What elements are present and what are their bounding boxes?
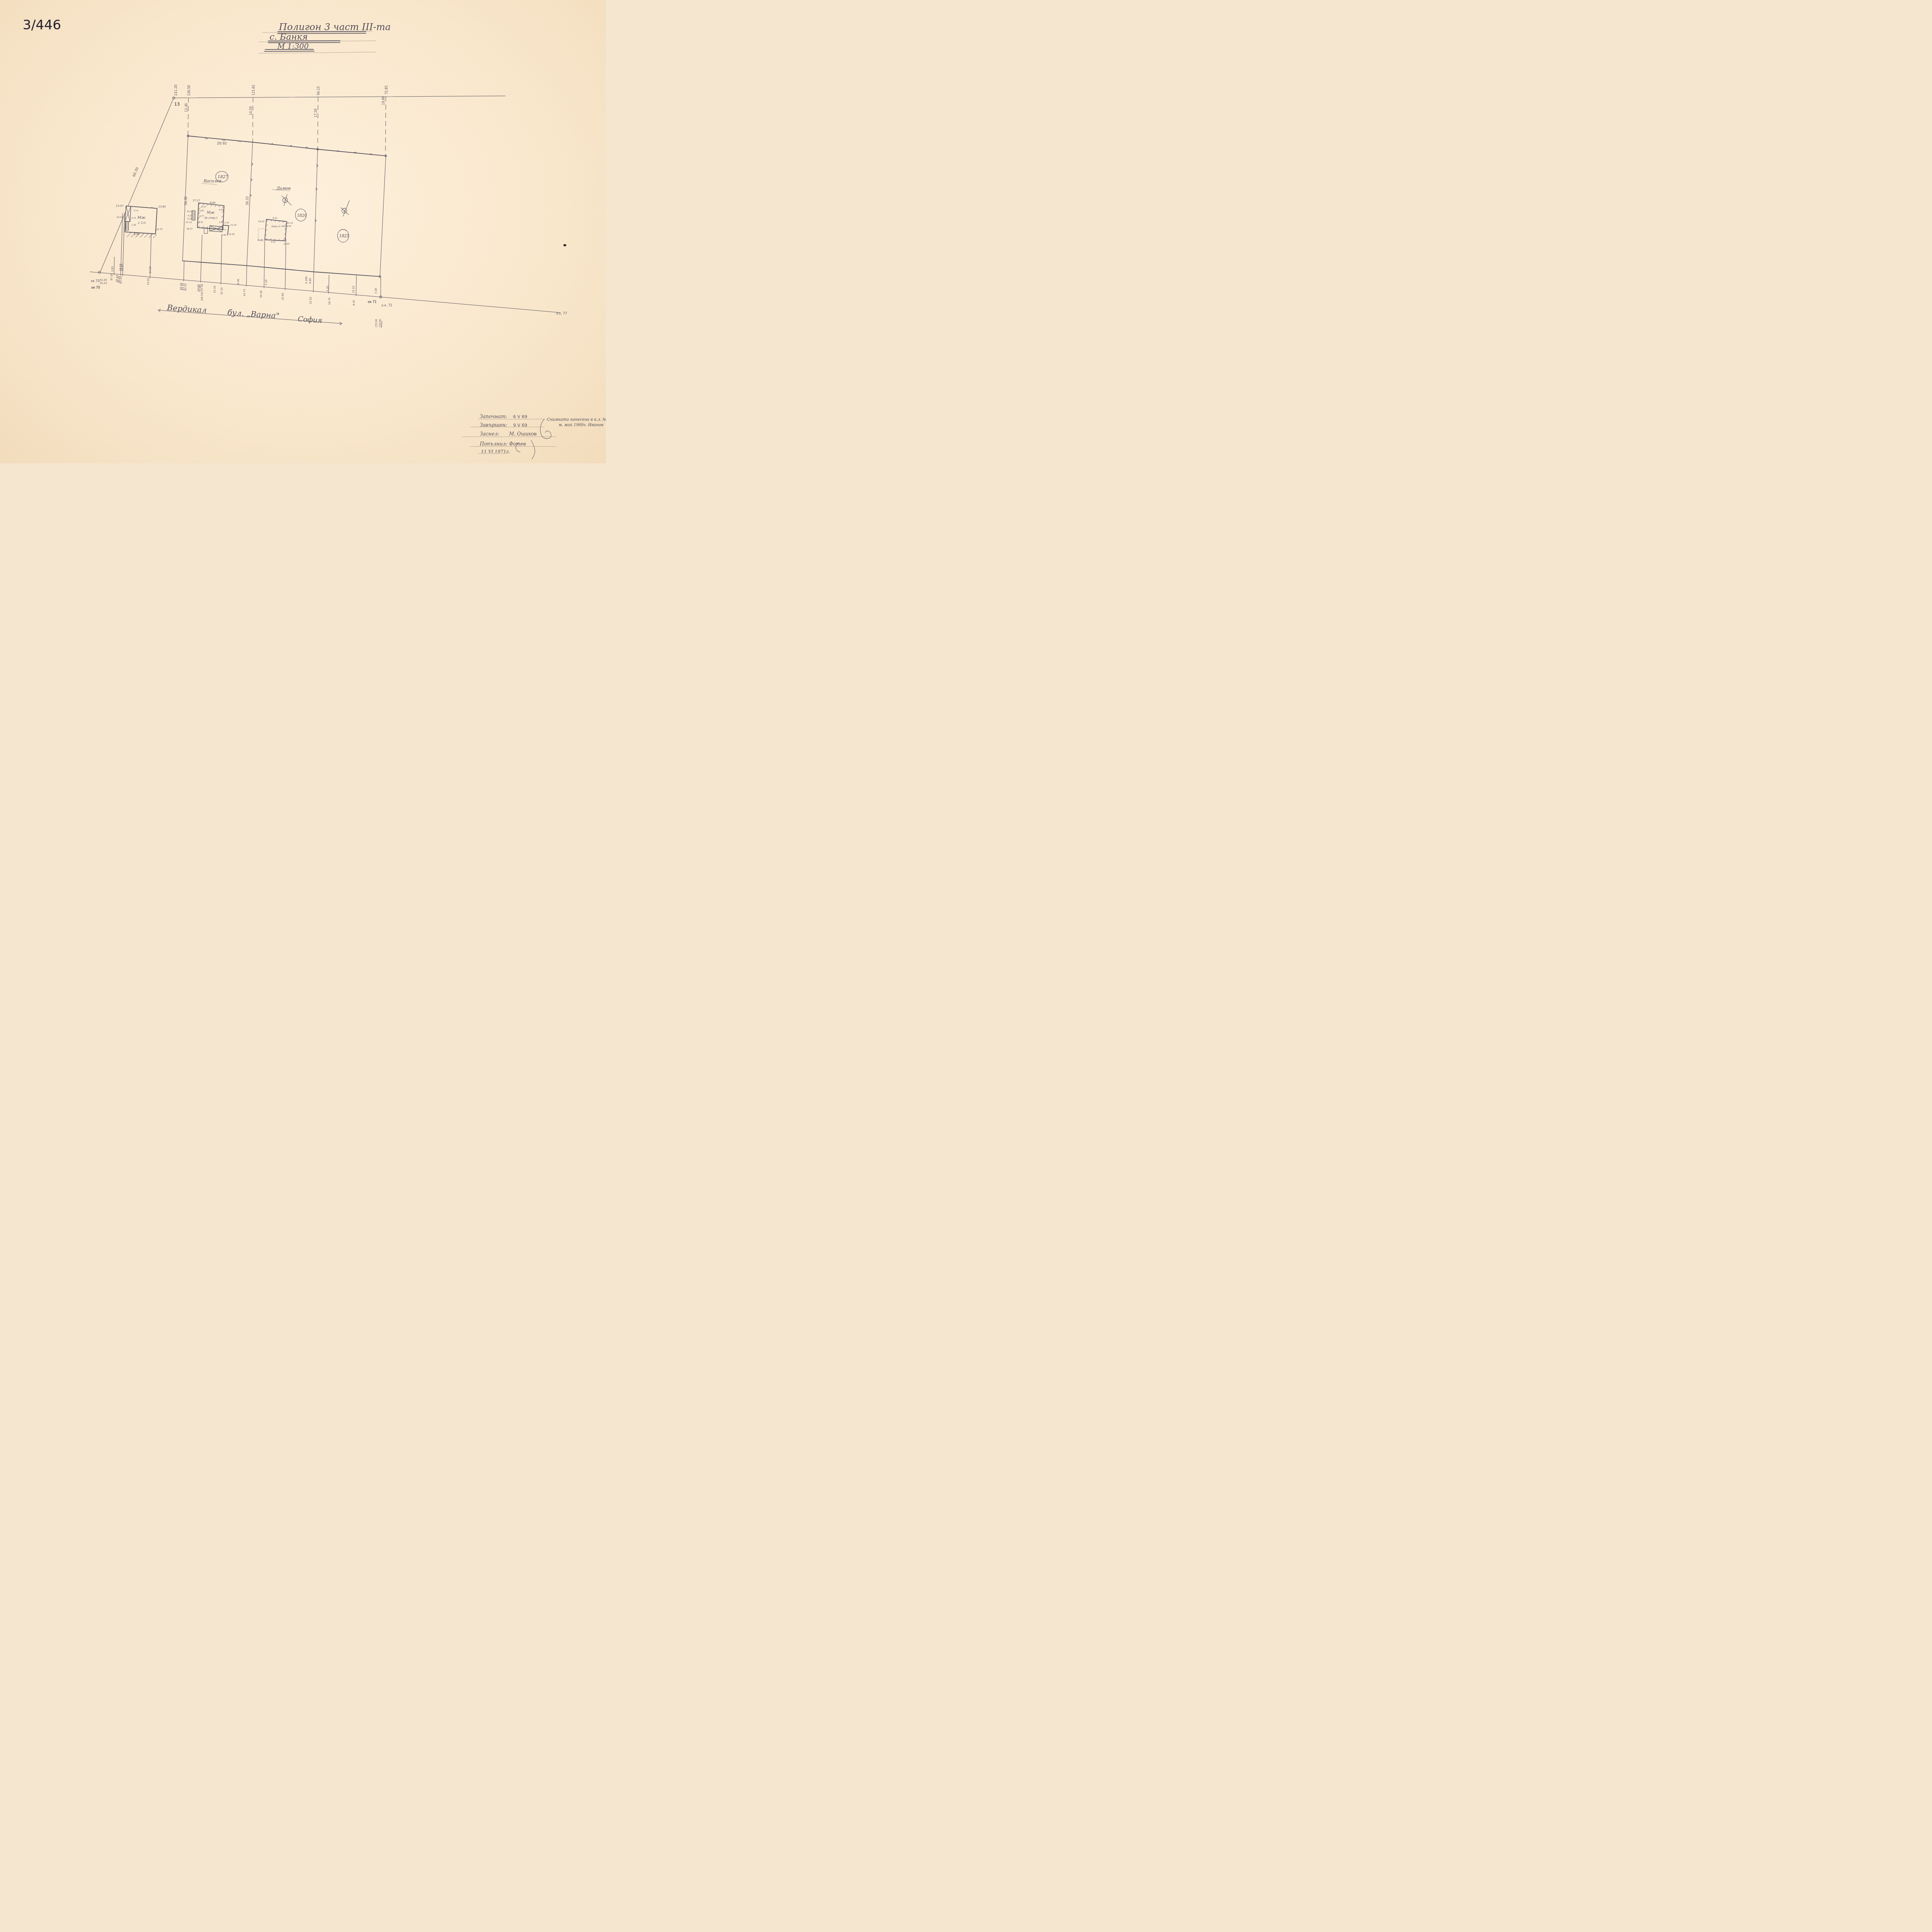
- building-center-dim-6: 6.51: [271, 241, 276, 243]
- building-left-dim-2: 7.14: [133, 210, 138, 212]
- svg-text:6.90: 6.90: [237, 279, 240, 284]
- building-middle-dim-4: 6.65: [199, 210, 204, 212]
- note-started-label: Започнат:: [480, 413, 507, 419]
- svg-text:16.70: 16.70: [328, 298, 331, 305]
- building-left-floors: 2 1/2: [138, 221, 146, 224]
- parcel-number-1826: 1826: [297, 214, 307, 218]
- offset-label-1: 14.50: [249, 106, 253, 115]
- building-middle-label: Мж: [206, 211, 215, 215]
- survey-sheet: 3/446 Полигон 3 част III-та с. Банкя М 1…: [0, 0, 606, 463]
- title-line1: Полигон 3 част III-та: [279, 21, 391, 32]
- ok70-label: ок 70: [91, 279, 100, 283]
- survey-point-ok70: [99, 271, 101, 274]
- note-finished-value: 9 V 69: [513, 422, 527, 428]
- building-center-dim-0: 6.51: [273, 217, 278, 219]
- svg-text:3.83: 3.83: [111, 266, 114, 272]
- building-middle-dim-10: 21.12: [185, 221, 192, 224]
- street-right-direction: София: [298, 315, 322, 325]
- street-baseline: [90, 272, 560, 313]
- building-middle-dim-12: 25.15: [187, 211, 193, 213]
- offset-line: [253, 97, 253, 142]
- svg-text:4.20: 4.20: [326, 286, 329, 291]
- title-line2: с. Банкя: [269, 32, 308, 42]
- parcel-number-1827: 1827: [218, 175, 228, 179]
- offset-line: [318, 97, 318, 148]
- building-middle-dim-3: 8.70: [219, 209, 224, 211]
- note-finished-label: Завършен:: [480, 422, 507, 428]
- svg-text:3.16: 3.16: [374, 288, 378, 294]
- building-middle-dim-9: 21.25: [230, 224, 237, 226]
- notes-block: Започнат: 6 V 69 Завършен: 9 V 69 Заснел…: [462, 413, 606, 459]
- svg-text:74.92: 74.92: [147, 278, 150, 285]
- svg-text:83.50: 83.50: [119, 276, 122, 284]
- svg-text:62.10: 62.10: [184, 284, 187, 291]
- offset-line: [385, 97, 386, 156]
- building-left-dim-12: 8.58: [134, 233, 139, 236]
- street-name: бул. „Варна": [227, 308, 280, 320]
- ok77-label: о.к. 77: [556, 311, 567, 315]
- svg-text:23.10: 23.10: [352, 286, 355, 293]
- building-middle-dim-13: 4.10: [188, 215, 192, 217]
- building-left-label: Мж: [137, 216, 146, 220]
- note-surveyed-value: М. Ошиков: [509, 431, 537, 437]
- baseline-labels: 87.00 3.83 85.15 84.63 83.50 18.18 16.80…: [110, 264, 378, 306]
- building-center-dim-7: 20.05: [284, 243, 289, 245]
- diagonal-length: 60.30: [132, 167, 139, 178]
- crossed-marker-2: [282, 194, 291, 206]
- building-center-dim-1: 24.20: [258, 221, 265, 223]
- note-started-value: 6 V 69: [513, 414, 527, 419]
- ok70-value-1: 91.01: [100, 282, 107, 285]
- svg-text:(58.54) 57.42: (58.54) 57.42: [201, 284, 204, 301]
- north-boundary-length: 20.92: [217, 142, 227, 146]
- svg-text:32.60: 32.60: [281, 293, 284, 300]
- owner-dimov: Димов: [276, 186, 291, 191]
- building-left-dim-4: 20.54: [117, 216, 123, 219]
- ok71-value-1: 170.00: [379, 319, 382, 327]
- note-stamp-line1: Снимката нанесена в к.л. №2: [547, 418, 606, 422]
- ok71-label2: о.к. 71: [381, 303, 392, 307]
- ok71-value-0: 170.38: [375, 319, 378, 327]
- ok71-label: ок 71: [368, 300, 377, 304]
- point-13-label: 13: [174, 102, 180, 107]
- svg-text:0.169: 0.169: [305, 276, 308, 284]
- point-13-value: 141.20: [174, 85, 178, 96]
- note-date: 11 VI 1971г.: [481, 449, 510, 454]
- svg-text:16.80: 16.80: [121, 264, 124, 271]
- top-label-0: 136.50: [187, 85, 191, 96]
- svg-text:4.19: 4.19: [265, 280, 268, 285]
- note-filled-label: Попълнил:: [480, 441, 508, 447]
- building-middle-dim-7: 2.70: [219, 221, 224, 224]
- diagonal-line: [100, 99, 173, 272]
- svg-text:6.80: 6.80: [309, 278, 312, 284]
- svg-text:8.42: 8.42: [352, 300, 355, 305]
- building-left-dim-6: 1.35: [131, 224, 136, 226]
- building-middle-dim-1: 8.84: [210, 201, 215, 204]
- svg-text:22.02: 22.02: [309, 297, 312, 304]
- ok70-label-ink: ок 70: [91, 286, 100, 289]
- svg-text:51.10: 51.10: [220, 287, 223, 295]
- parcel-number-1825: 1825: [339, 234, 349, 238]
- owner-vasilev: Василев: [203, 179, 221, 184]
- top-label-3: 72.85: [384, 85, 388, 94]
- building-middle-dim-6: 2.52: [199, 221, 203, 224]
- ok70-value-0: 91.05: [100, 279, 107, 282]
- archive-number: 3/446: [23, 17, 61, 33]
- building-left-dim-1: 23.85: [158, 205, 166, 208]
- building-left-dim-13: 14.70: [156, 228, 163, 231]
- street-left-direction: Вердикал: [166, 303, 207, 315]
- offset-label-0: 12.40: [184, 103, 188, 112]
- building-middle-dim-14: 2.25: [187, 218, 192, 220]
- svg-text:14.20: 14.20: [149, 266, 152, 274]
- parcel-divider-1826-1825: [314, 149, 318, 272]
- crossed-marker-2-label: 2: [284, 199, 286, 202]
- survey-drawing: 3/446 Полигон 3 част III-та с. Банкя М 1…: [0, 0, 606, 463]
- signature-icon: [540, 419, 551, 439]
- offset-label-2: 17.20: [314, 109, 318, 117]
- building-center-dim-5: 16.80: [257, 239, 263, 241]
- building-middle-dim-24: 6.80: [222, 234, 226, 236]
- building-middle-dim-25: 16.50: [229, 233, 235, 236]
- boundary-ticks: [205, 138, 372, 222]
- building-middle-dim-11: 18.57: [187, 228, 193, 230]
- note-stamp-line2: м. май 1969г. Иванов: [559, 423, 604, 427]
- building-middle-dim-5: 4.77: [199, 215, 204, 218]
- crossed-marker-3: [341, 201, 349, 216]
- building-middle-status: (в стр.): [204, 216, 218, 219]
- building-center-dim-2: 24.15: [287, 222, 293, 224]
- building-middle-annex: пл.: [223, 229, 226, 231]
- note-surveyed-label: Заснел:: [480, 431, 499, 437]
- svg-text:43.75: 43.75: [243, 289, 246, 296]
- crossed-marker-3-label: 3: [344, 209, 345, 213]
- building-left-dim-0: 23.97: [116, 204, 124, 207]
- guide-line: [259, 52, 376, 53]
- parcel-south-boundary: [182, 261, 380, 277]
- svg-text:53.30: 53.30: [213, 286, 216, 293]
- left-side-length: 39.30: [184, 196, 188, 205]
- building-middle-dim-8: 2.30: [224, 222, 229, 224]
- building-middle-dim-0: 27.27: [193, 199, 200, 202]
- top-label-2: 94.15: [316, 86, 320, 95]
- title-scale: М 1:300: [277, 42, 309, 51]
- offset-label-3: 19.60: [381, 96, 385, 105]
- top-survey-line: [172, 96, 505, 98]
- ink-spot: [563, 244, 566, 247]
- svg-text:87.00: 87.00: [110, 273, 113, 281]
- building-left-dim-5: 3.75: [131, 217, 136, 219]
- building-middle-dim-2: 8.70: [201, 206, 206, 208]
- parcel-east-boundary: [380, 156, 386, 276]
- top-label-1: 115.62: [252, 85, 255, 95]
- middle-side-length: 39.33: [245, 196, 249, 205]
- svg-text:39.16: 39.16: [260, 291, 263, 298]
- offset-line: [188, 98, 189, 136]
